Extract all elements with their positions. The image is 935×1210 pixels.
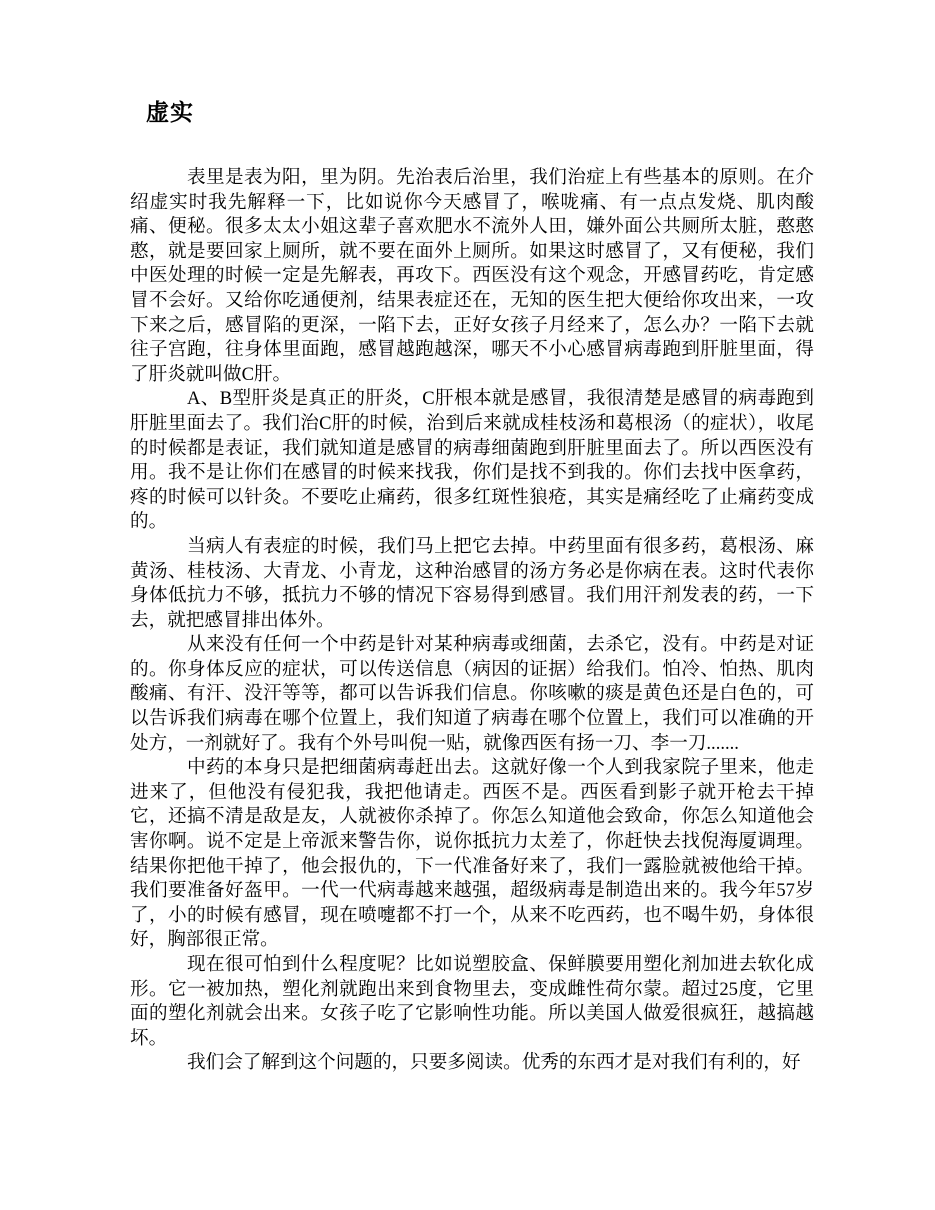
paragraph: 现在很可怕到什么程度呢？比如说塑胶盒、保鲜膜要用塑化剂加进去软化成形。它一被加热…: [130, 953, 814, 1051]
paragraph: A、B型肝炎是真正的肝炎，C肝根本就是感冒，我很清楚是感冒的病毒跑到肝脏里面去了…: [130, 387, 814, 535]
paragraph: 中药的本身只是把细菌病毒赶出去。这就好像一个人到我家院子里来，他走进来了，但他没…: [130, 756, 814, 953]
document-page: 虚实 表里是表为阳，里为阴。先治表后治里，我们治症上有些基本的原则。在介绍虚实时…: [0, 0, 935, 1210]
paragraph: 我们会了解到这个问题的，只要多阅读。优秀的东西才是对我们有利的，好: [130, 1051, 814, 1076]
paragraph: 当病人有表症的时候，我们马上把它去掉。中药里面有很多药，葛根汤、麻黄汤、桂枝汤、…: [130, 535, 814, 633]
document-body: 表里是表为阳，里为阴。先治表后治里，我们治症上有些基本的原则。在介绍虚实时我先解…: [130, 166, 814, 1076]
paragraph: 从来没有任何一个中药是针对某种病毒或细菌，去杀它，没有。中药是对证的。你身体反应…: [130, 633, 814, 756]
page-title: 虚实: [146, 98, 194, 128]
paragraph: 表里是表为阳，里为阴。先治表后治里，我们治症上有些基本的原则。在介绍虚实时我先解…: [130, 166, 814, 387]
